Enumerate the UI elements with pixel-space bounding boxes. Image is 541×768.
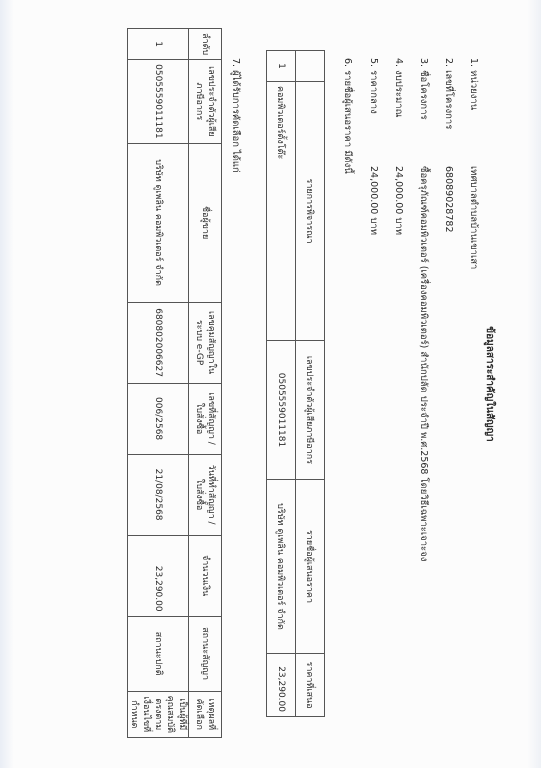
item-agency: 1. หน่วยงานเทศบาลตำบลบ้านเขาเสา [466,58,481,269]
section7-heading: 7. ผู้ได้รับการคัดเลือก ได้แก่ [228,58,243,173]
table-row: 1 0505559011181 บริษัท ดูเพลิน คอมพิวเตอ… [128,29,189,738]
table-cell: 680802006627 [128,302,189,383]
section6-heading: 6. รายชื่อผู้เสนอราคา มีดังนี้ [340,58,355,174]
table-cell: 1 [128,29,189,60]
selected-vendor-table: ลำดับ เลขประจำตัวผู้เสียภาษีอากร ชื่อผู้… [127,28,222,738]
table-cell: 006/2568 [128,383,189,454]
table-cell: คอมพิวเตอร์ตั้งโต๊ะ [267,82,296,341]
table-header-row: ลำดับ เลขประจำตัวผู้เสียภาษีอากร ชื่อผู้… [189,29,222,738]
table-header: ชื่อผู้ขาย [189,143,222,302]
item-label: 2. เลขที่โครงการ [441,58,456,166]
table-cell: บริษัท ดูเพลิน คอมพิวเตอร์ จำกัด [128,143,189,302]
item-value: เทศบาลตำบลบ้านเขาเสา [466,166,481,269]
table-row: 1 คอมพิวเตอร์ตั้งโต๊ะ 0505559011181 บริษ… [267,51,296,717]
item-project-name: 3. ชื่อโครงการซื้อครุภัณฑ์คอมพิวเตอร์ (เ… [416,58,431,561]
table-cell: 0505559011181 [267,341,296,480]
table-cell: บริษัท ดูเพลิน คอมพิวเตอร์ จำกัด [267,480,296,654]
table-cell: 0505559011181 [128,60,189,143]
item-project-number: 2. เลขที่โครงการ68089028782 [441,58,456,233]
table-header: เหตุผลที่คัดเลือก [189,691,222,737]
item-label: 5. ราคากลาง [366,58,381,166]
table-header: ราคาที่เสนอ [296,654,325,717]
table-header: เลขประจำตัวผู้เสียภาษีอากร [296,341,325,480]
table-header: จำนวนเงิน [189,535,222,616]
document-title: ข้อมูลสาระสำคัญในสัญญา [482,0,497,768]
table-header: รายชื่อผู้เสนอราคา [296,480,325,654]
table-header-row: รายการพิจารณา เลขประจำตัวผู้เสียภาษีอากร… [296,51,325,717]
item-median-price: 5. ราคากลาง24,000.00 บาท [366,58,381,235]
table-header: ลำดับ [189,29,222,60]
table-header: เลขคุมสัญญาในระบบ e-GP [189,302,222,383]
item-label: 1. หน่วยงาน [466,58,481,166]
table-cell: 23,290.00 [128,535,189,616]
table-header: รายการพิจารณา [296,82,325,341]
table-cell: 1 [267,51,296,82]
table-header: สถานะสัญญา [189,616,222,691]
table-header: วันที่ทำสัญญา / ใบสั่งซื้อ [189,454,222,535]
table-cell: 23,290.00 [267,654,296,717]
table-cell: 21/08/2568 [128,454,189,535]
table-header: เลขที่สัญญา / ใบสั่งซื้อ [189,383,222,454]
table-header [296,51,325,82]
bidders-table: รายการพิจารณา เลขประจำตัวผู้เสียภาษีอากร… [266,50,325,717]
table-header: เลขประจำตัวผู้เสียภาษีอากร [189,60,222,143]
document-page: ข้อมูลสาระสำคัญในสัญญา 1. หน่วยงานเทศบาล… [0,0,541,768]
scan-edge-top [527,0,541,768]
table-cell: เป็นผู้ที่มีคุณสมบัติตรงตามเงื่อนไขที่กำ… [128,691,189,737]
table-cell: สถานะปกติ [128,616,189,691]
scan-edge-bottom [0,0,14,768]
item-budget: 4. งบประมาณ24,000.00 บาท [391,58,406,235]
item-value: 24,000.00 บาท [366,166,381,235]
item-value: 24,000.00 บาท [391,166,406,235]
item-value: ซื้อครุภัณฑ์คอมพิวเตอร์ (เครื่องคอมพิวเต… [416,166,431,561]
item-label: 3. ชื่อโครงการ [416,58,431,166]
item-value: 68089028782 [443,166,454,233]
item-label: 4. งบประมาณ [391,58,406,166]
